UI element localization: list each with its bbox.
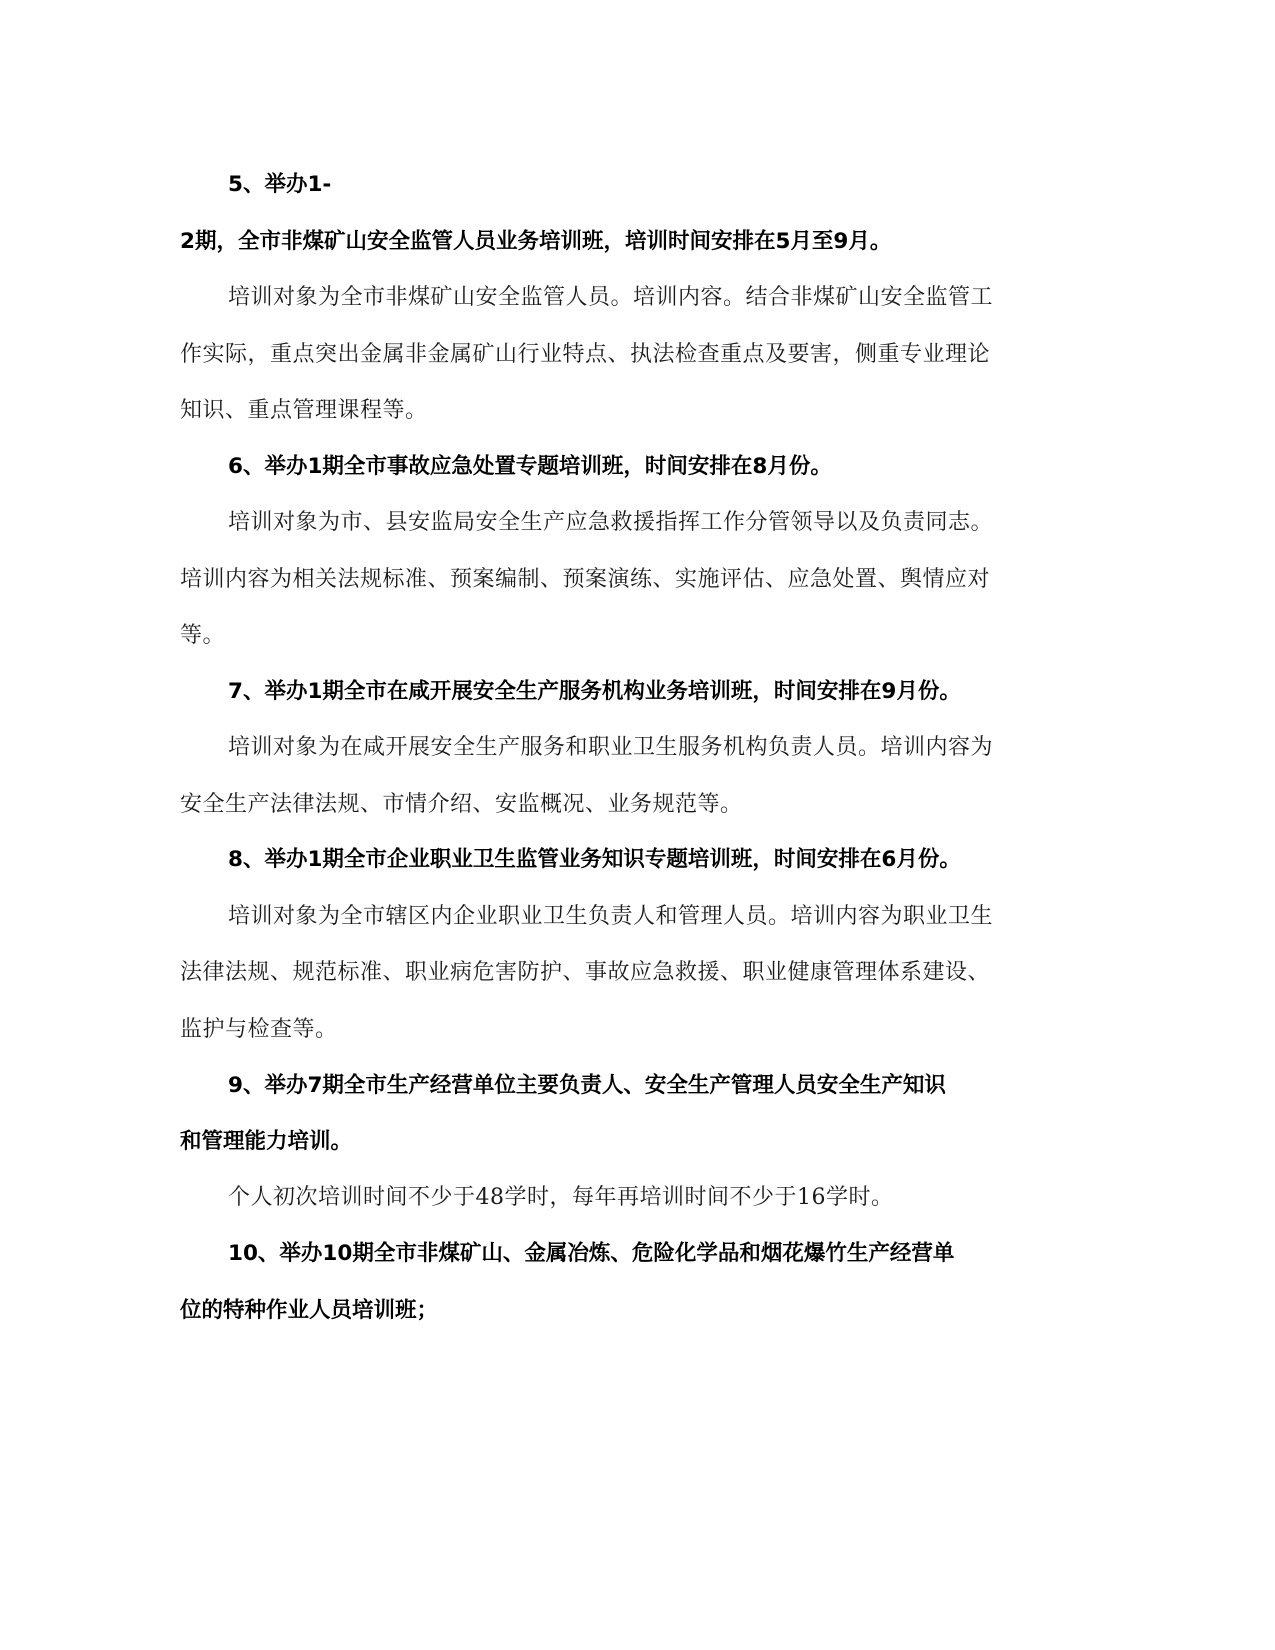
item-9-heading-line-2: 和管理能力培训。 — [180, 1127, 1040, 1157]
item-8-body-line-2: 法律法规、规范标准、职业病危害防护、事故应急救援、职业健康管理体系建设、 — [180, 958, 1040, 988]
item-6-body-line-3: 等。 — [180, 621, 1040, 651]
item-8-heading: 8、举办1期全市企业职业卫生监管业务知识专题培训班，时间安排在6月份。 — [228, 845, 1088, 875]
item-9-heading-line-1: 9、举办7期全市生产经营单位主要负责人、安全生产管理人员安全生产知识 — [228, 1071, 1088, 1101]
item-5-heading-line-1: 5、举办1- — [228, 170, 1088, 200]
document-page: 5、举办1- 2期，全市非煤矿山安全监管人员业务培训班，培训时间安排在5月至9月… — [0, 0, 1275, 1650]
item-10-heading-line-1: 10、举办10期全市非煤矿山、金属冶炼、危险化学品和烟花爆竹生产经营单 — [228, 1239, 1088, 1269]
item-5-body-line-1: 培训对象为全市非煤矿山安全监管人员。培训内容。结合非煤矿山安全监管工 — [228, 283, 1088, 313]
item-10-heading-line-2: 位的特种作业人员培训班； — [180, 1296, 1040, 1326]
item-5-body-line-3: 知识、重点管理课程等。 — [180, 396, 1040, 426]
item-7-body-line-2: 安全生产法律法规、市情介绍、安监概况、业务规范等。 — [180, 790, 1040, 820]
item-9-body-line-1: 个人初次培训时间不少于48学时，每年再培训时间不少于16学时。 — [228, 1183, 1088, 1213]
item-7-body-line-1: 培训对象为在咸开展安全生产服务和职业卫生服务机构负责人员。培训内容为 — [228, 733, 1088, 763]
item-8-body-line-1: 培训对象为全市辖区内企业职业卫生负责人和管理人员。培训内容为职业卫生 — [228, 902, 1088, 932]
item-8-body-line-3: 监护与检查等。 — [180, 1015, 1040, 1045]
item-7-heading: 7、举办1期全市在咸开展安全生产服务机构业务培训班，时间安排在9月份。 — [228, 677, 1088, 707]
item-5-heading-line-2: 2期，全市非煤矿山安全监管人员业务培训班，培训时间安排在5月至9月。 — [180, 227, 1040, 257]
item-6-body-line-2: 培训内容为相关法规标准、预案编制、预案演练、实施评估、应急处置、舆情应对 — [180, 565, 1040, 595]
item-6-heading: 6、举办1期全市事故应急处置专题培训班，时间安排在8月份。 — [228, 452, 1088, 482]
item-5-body-line-2: 作实际，重点突出金属非金属矿山行业特点、执法检查重点及要害，侧重专业理论 — [180, 340, 1040, 370]
item-6-body-line-1: 培训对象为市、县安监局安全生产应急救援指挥工作分管领导以及负责同志。 — [228, 508, 1088, 538]
